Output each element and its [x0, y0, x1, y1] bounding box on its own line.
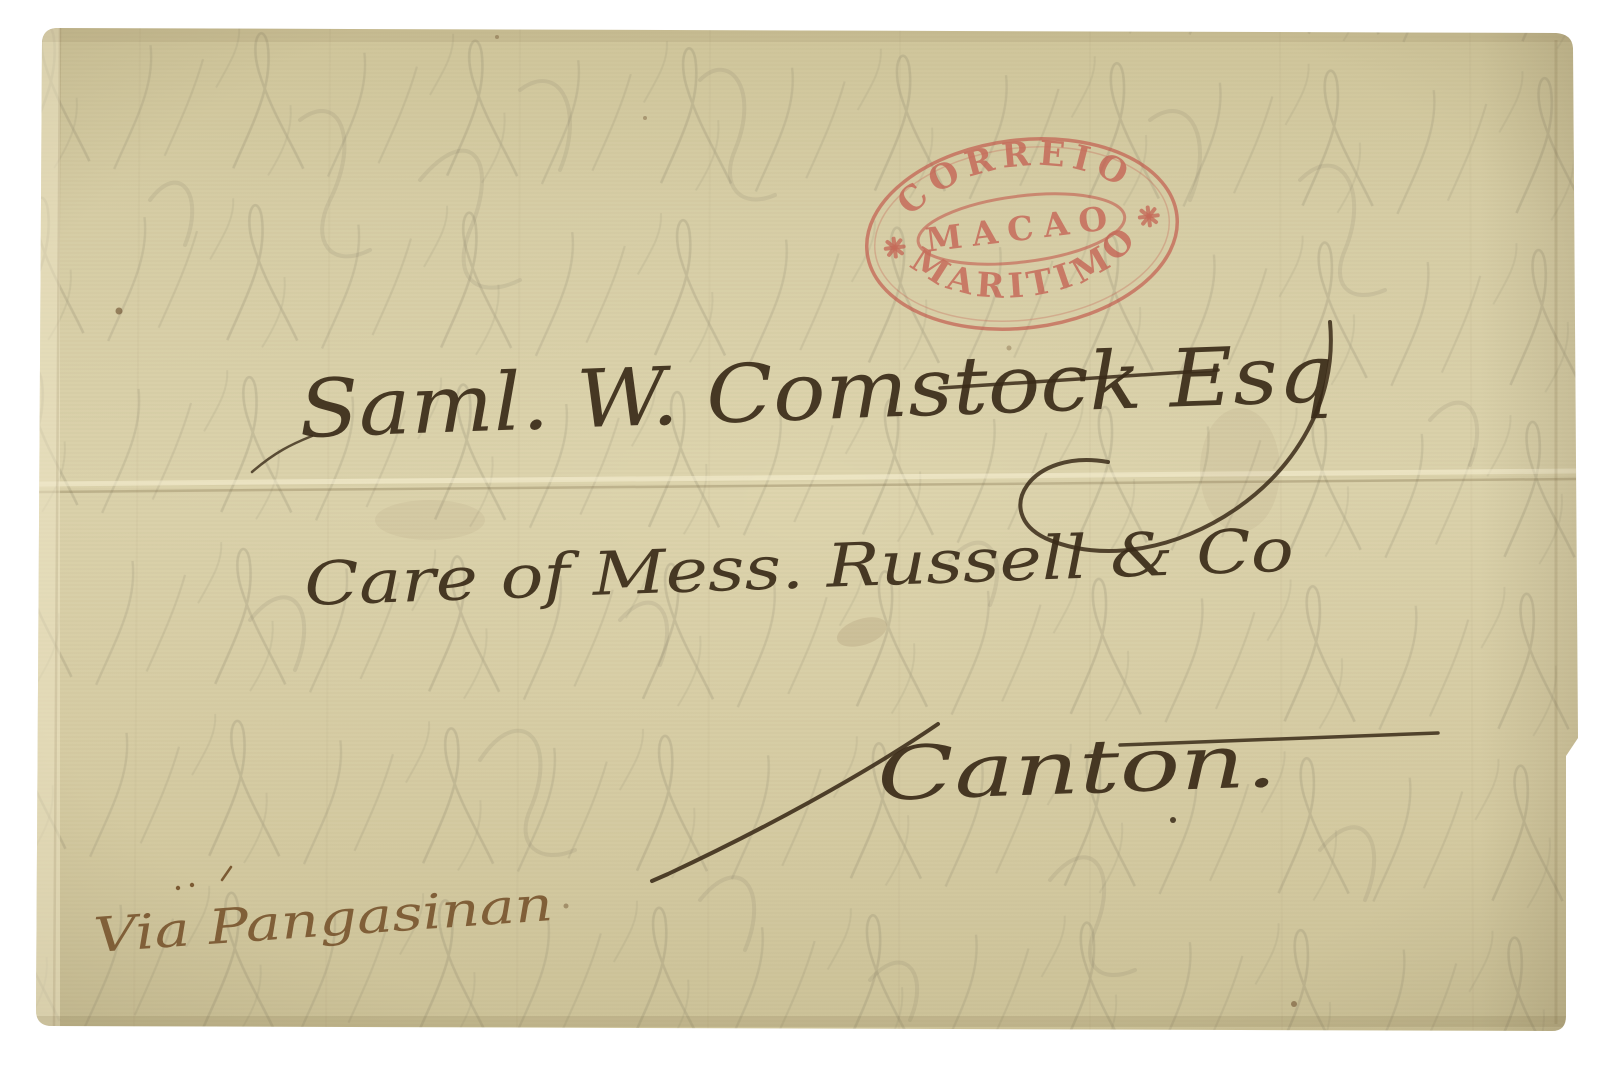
letter-sheet: CORREIO MARITIMO MACAO Saml. W. Comstock	[30, 20, 1590, 1040]
right-edge-shade	[1480, 30, 1578, 1032]
bottom-edge-shade	[36, 1016, 1568, 1027]
letter-scan-canvas: CORREIO MARITIMO MACAO Saml. W. Comstock	[0, 0, 1600, 1089]
letter-scan: CORREIO MARITIMO MACAO Saml. W. Comstock	[0, 0, 1600, 1089]
top-edge-shade	[36, 28, 1576, 42]
vignette-shading	[30, 20, 1590, 1040]
address-line-3: Canton.	[876, 718, 1279, 818]
